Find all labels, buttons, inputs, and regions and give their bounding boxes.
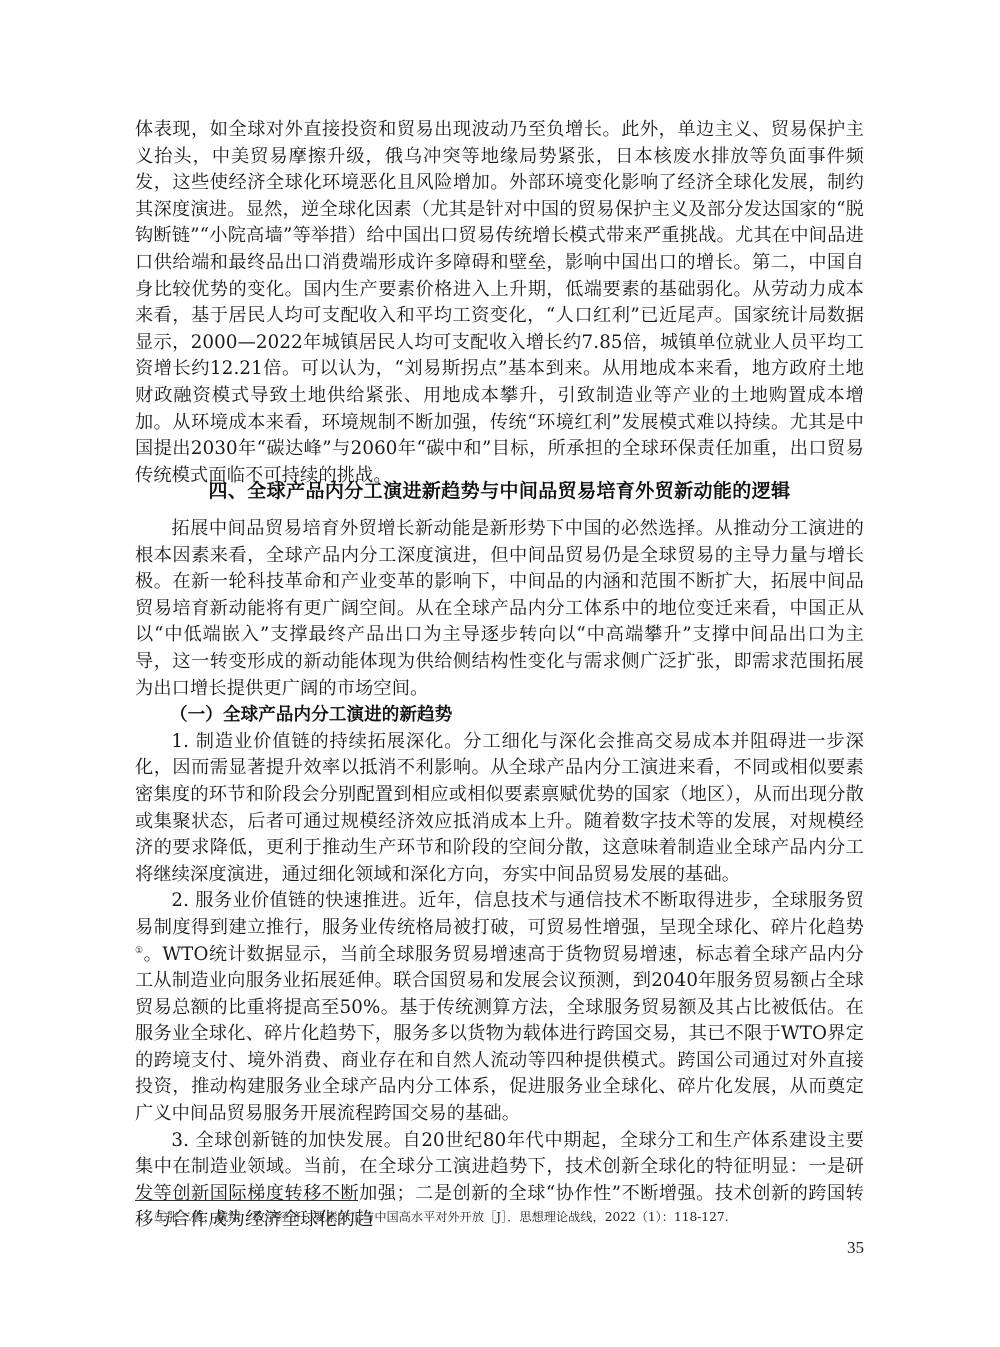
section-intro-paragraph: 拓展中间品贸易培育外贸增长新动能是新形势下中国的必然选择。从推动分工演进的根本因… xyxy=(135,516,864,702)
trend-item-2: 2. 服务业价值链的快速推进。近年，信息技术与通信技术不断取得进步，全球服务贸易… xyxy=(135,888,864,1127)
continued-paragraph: 体表现，如全球对外直接投资和贸易出现波动乃至负增长。此外，单边主义、贸易保护主义… xyxy=(135,117,864,489)
trend-item-2-text-a: 2. 服务业价值链的快速推进。近年，信息技术与通信技术不断取得进步，全球服务贸易… xyxy=(135,890,864,938)
document-page: 体表现，如全球对外直接投资和贸易出现波动乃至负增长。此外，单边主义、贸易保护主义… xyxy=(0,0,1000,1347)
continued-paragraph-block: 体表现，如全球对外直接投资和贸易出现波动乃至负增长。此外，单边主义、贸易保护主义… xyxy=(135,117,864,489)
section-heading: 四、全球产品内分工演进新趋势与中间品贸易培育外贸新动能的逻辑 xyxy=(135,478,864,504)
footnote-reference-mark[interactable]: ① xyxy=(135,946,144,956)
section-body: 拓展中间品贸易培育外贸增长新动能是新形势下中国的必然选择。从推动分工演进的根本因… xyxy=(135,516,864,1234)
trend-item-2-text-b: 。WTO统计数据显示，当前全球服务贸易增速高于货物贸易增速，标志着全球产品内分工… xyxy=(135,944,864,1125)
page-number: 35 xyxy=(838,1238,864,1258)
footnote-separator xyxy=(135,1200,358,1201)
trend-item-1: 1. 制造业价值链的持续拓展深化。分工细化与深化会推高交易成本并阻碍进一步深化，… xyxy=(135,729,864,889)
subsection-heading: （一）全球产品内分工演进的新趋势 xyxy=(135,702,864,729)
footnote: ①张二震，戴翔．数字经济、要素分工与中国高水平对外开放［J］．思想理论战线，20… xyxy=(155,1208,865,1226)
